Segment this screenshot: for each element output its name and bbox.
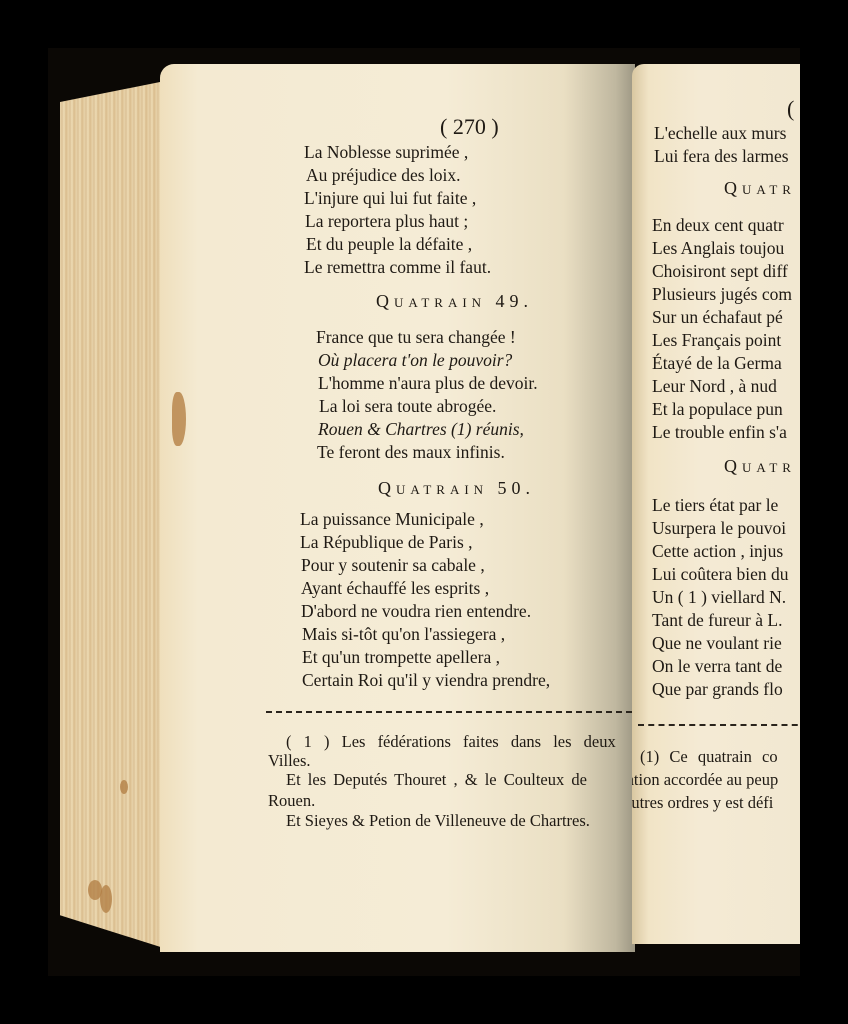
quatrain-heading: Quatr (724, 456, 796, 477)
verse-line: Tant de fureur à L. (652, 609, 782, 632)
verse-line: Où placera t'on le pouvoir? (318, 349, 512, 372)
verse-line: Usurpera le pouvoi (652, 517, 786, 540)
verse-line: Certain Roi qu'il y viendra prendre, (302, 669, 550, 692)
verse-line: Le trouble enfin s'a (652, 421, 787, 444)
verse-line: La Noblesse suprimée , (304, 141, 468, 164)
footnote-line: Et les Deputés Thouret , & le Coulteux d… (286, 769, 587, 791)
page-stain (172, 392, 186, 446)
verse-line: D'abord ne voudra rien entendre. (301, 600, 531, 623)
footnote-divider (638, 724, 800, 726)
verse-line: La République de Paris , (300, 531, 473, 554)
book-fore-edge (60, 80, 170, 950)
verse-line: Ayant échauffé les esprits , (301, 577, 489, 600)
verse-line: Les Anglais toujou (652, 237, 784, 260)
page-number: ( (787, 96, 794, 122)
page-number: ( 270 ) (440, 114, 499, 140)
verse-line: Sur un échafaut pé (652, 306, 783, 329)
footnote-line: Et Sieyes & Petion de Villeneuve de Char… (286, 810, 590, 832)
quatrain-heading: Quatrain 50. (378, 478, 535, 499)
verse-line: Lui coûtera bien du (652, 563, 789, 586)
quatrain-heading: Quatr (724, 178, 796, 199)
verse-line: Le tiers état par le (652, 494, 778, 517)
verse-line: Lui fera des larmes (654, 145, 789, 168)
verse-line: L'echelle aux murs (654, 122, 786, 145)
footnote-line: Rouen. (268, 790, 315, 812)
verse-line: Cette action , injus (652, 540, 783, 563)
verse-line: Et qu'un trompette apellera , (302, 646, 500, 669)
footnote-line: ( 1 ) Les fédérations faites dans les de… (286, 731, 616, 753)
verse-line: Et du peuple la défaite , (306, 233, 472, 256)
verse-line: Étayé de la Germa (652, 352, 782, 375)
verse-line: Leur Nord , à nud (652, 375, 777, 398)
foxing-stain (120, 780, 128, 794)
verse-line: Te feront des maux infinis. (317, 441, 505, 464)
verse-line: France que tu sera changée ! (316, 326, 516, 349)
verse-line: Le remettra comme il faut. (304, 256, 491, 279)
right-page-text: ( L'echelle aux murs Lui fera des larmes… (632, 64, 800, 944)
verse-line: La reportera plus haut ; (305, 210, 468, 233)
verse-line: On le verra tant de (652, 655, 782, 678)
verse-line: Que ne voulant rie (652, 632, 782, 655)
footnote-line: tation accordée au peup (632, 769, 778, 791)
verse-line: Rouen & Chartres (1) réunis, (318, 418, 524, 441)
verse-line: Plusieurs jugés com (652, 283, 792, 306)
footnote-line: autres ordres y est défi (632, 792, 773, 814)
verse-line: L'injure qui lui fut faite , (304, 187, 476, 210)
foxing-stain (100, 885, 112, 913)
footnote-divider (266, 711, 632, 713)
verse-line: Que par grands flo (652, 678, 783, 701)
verse-line: Choisiront sept diff (652, 260, 788, 283)
verse-line: La puissance Municipale , (300, 508, 484, 531)
footnote-line: (1) Ce quatrain co (640, 746, 778, 768)
verse-line: Mais si-tôt qu'on l'assiegera , (302, 623, 505, 646)
verse-line: L'homme n'aura plus de devoir. (318, 372, 538, 395)
quatrain-heading: Quatrain 49. (376, 291, 533, 312)
verse-line: En deux cent quatr (652, 214, 784, 237)
verse-line: Un ( 1 ) viellard N. (652, 586, 786, 609)
verse-line: Au préjudice des loix. (306, 164, 461, 187)
verse-line: Et la populace pun (652, 398, 783, 421)
verse-line: Les Français point (652, 329, 781, 352)
verse-line: La loi sera toute abrogée. (319, 395, 496, 418)
verse-line: Pour y soutenir sa cabale , (301, 554, 485, 577)
